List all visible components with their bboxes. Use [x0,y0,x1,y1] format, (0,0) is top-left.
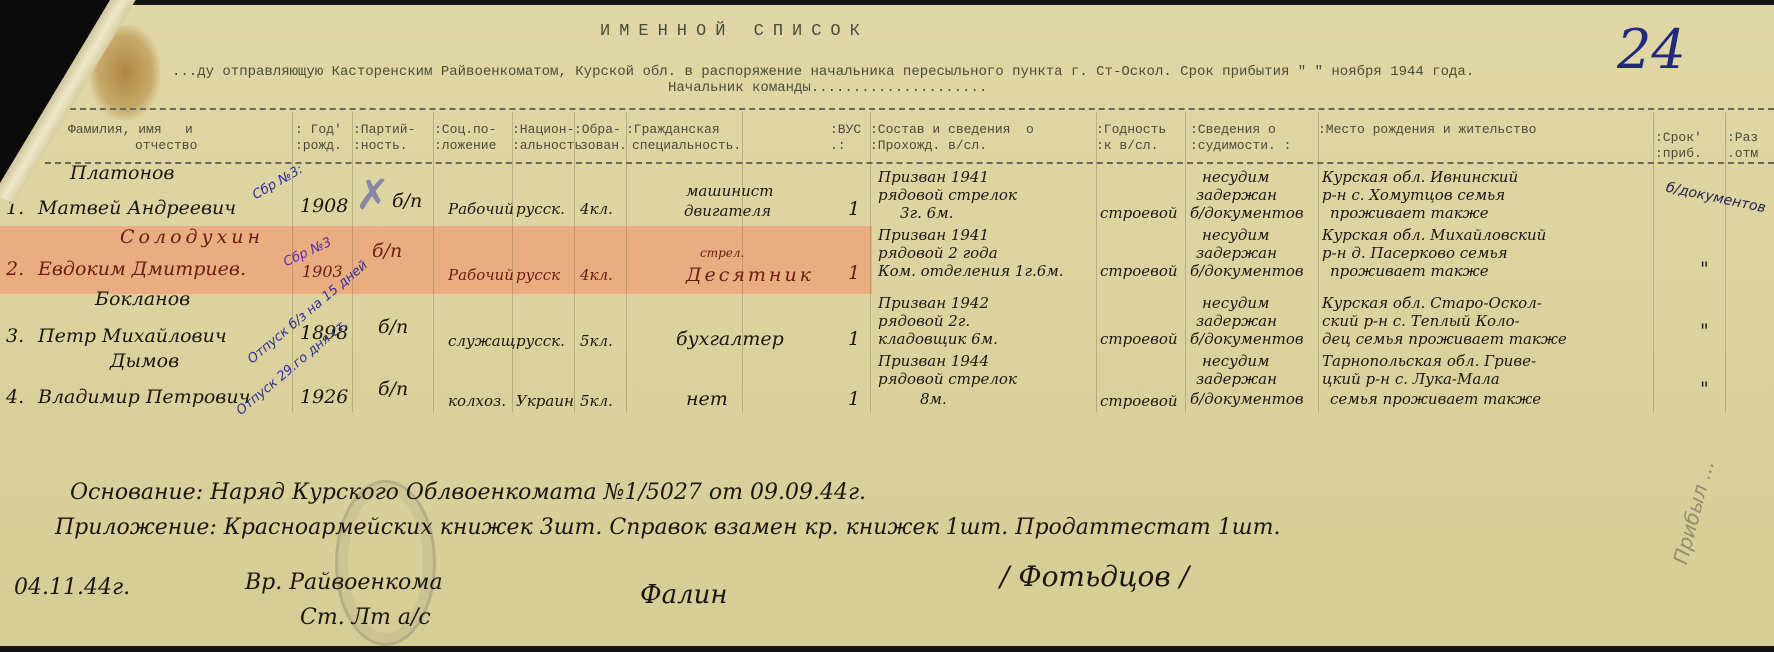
col-divider [574,112,575,412]
col-header-name-2: отчество [135,138,197,154]
col-header-service-2: :Прохожд. в/сл. [870,138,987,154]
row-service-1: Призван 1941 [878,168,989,186]
row-birthplace-3: семья проживает также [1330,390,1541,408]
row-service-1: Призван 1942 [878,294,989,312]
row-surname: Дымов [110,350,179,372]
row-nationality: русск [516,266,560,284]
col-divider [870,112,871,412]
document-page: ИМЕННОЙ СПИСОК ...ду отправляющую Кастор… [0,0,1774,652]
row-given-names: Владимир Петрович [38,386,250,408]
row-conviction-1: несудим [1202,168,1269,186]
row-conviction-2: задержан [1196,244,1277,262]
row-conviction-2: задержан [1196,186,1277,204]
col-header-civil: :Гражданская [626,122,720,138]
row-vus: 1 [848,388,860,410]
row-service-2: рядовой стрелок [878,370,1017,388]
row-term: " [1700,258,1709,280]
col-header-year: : Год' [295,122,342,138]
signature-date: 04.11.44г. [14,575,130,600]
col-header-nation: :Национ- [512,122,574,138]
pencil-note: Прибыл ... [1668,457,1719,567]
col-divider [433,112,434,412]
row-education: 5кл. [580,332,613,350]
col-header-service: :Состав и сведения о [870,122,1034,138]
col-header-vus-2: .: [830,138,846,154]
attachment-line: Приложение: Красноармейских книжек 3шт. … [55,515,1280,540]
row-conviction-2: задержан [1196,370,1277,388]
row-birthplace-1: Курская обл. Ивнинский [1322,168,1518,186]
row-specialty: стрел. [700,246,744,260]
row-conviction-3: б/документов [1190,262,1304,280]
row-service-2: рядовой 2г. [878,312,970,330]
row-education: 4кл. [580,200,613,218]
col-divider [352,112,353,412]
col-header-conviction-2: :судимости. : [1190,138,1291,154]
row-given-names: Матвей Андреевич [38,197,236,219]
row-number: 2. [6,258,24,280]
row-service-2: рядовой стрелок [878,186,1017,204]
row-annotation: Сбр №3: [250,162,306,203]
row-party: б/п [372,240,402,262]
row-specialty-2: нет [686,388,728,410]
row-service-3: 8м. [920,390,947,408]
row-specialty-2: Десятник [686,264,814,286]
col-header-birthplace: :Место рождения и жительство [1318,122,1536,138]
row-social: Рабочий [448,200,514,218]
row-nationality: Украин [516,392,574,410]
col-divider [1096,112,1097,412]
row-service-1: Призван 1941 [878,226,989,244]
row-birthplace-1: Тарнопольская обл. Гриве- [1322,352,1536,370]
page-title: ИМЕННОЙ СПИСОК [600,22,869,41]
row-conviction-3: б/документов [1190,390,1304,408]
row-number: 4. [6,386,24,408]
row-year: 1926 [300,386,348,408]
row-social: Рабочий [448,266,514,284]
row-vus: 1 [848,328,860,350]
col-header-social: :Соц.по- [434,122,496,138]
row-surname: Бокланов [95,288,190,310]
row-party: б/п [378,316,408,338]
row-fitness: строевой [1100,262,1178,280]
col-divider [742,112,743,412]
row-conviction-3: б/документов [1190,204,1304,222]
row-term: " [1700,378,1709,400]
col-divider [1318,112,1319,412]
row-service-1: Призван 1944 [878,352,989,370]
row-birthplace-3: дец семья проживает также [1322,330,1567,348]
row-conviction-2: задержан [1196,312,1277,330]
row-number: 3. [6,325,24,347]
row-service-2: рядовой 2 года [878,244,998,262]
col-header-conviction: :Сведения о [1190,122,1276,138]
row-nationality: русск. [516,332,565,350]
row-education: 5кл. [580,392,613,410]
col-divider [1725,112,1726,412]
row-birthplace-1: Курская обл. Старо-Оскол- [1322,294,1542,312]
row-given-names: Евдоким Дмитриев. [38,258,246,280]
row-surname: Солодухин [120,226,264,248]
row-given-names: Петр Михайлович [38,325,227,347]
col-header-notes-2: .отм [1727,146,1758,162]
col-header-party-2: :ность. [353,138,408,154]
row-birthplace-3: проживает также [1330,204,1489,222]
row-fitness: строевой [1100,392,1178,410]
col-divider [1653,112,1654,412]
col-header-social-2: :ложение [434,138,496,154]
row-education: 4кл. [580,266,613,284]
row-term: б/документов [1664,180,1767,217]
row-specialty-2: двигателя [684,202,771,220]
row-specialty-2: бухгалтер [676,328,784,350]
col-divider [626,112,627,412]
row-specialty: машинист [686,182,773,200]
commander-line: Начальник команды..................... [668,80,987,96]
signer-title-1: Вр. Райвоенкома [245,570,443,595]
col-header-edu: :Обра- [574,122,621,138]
col-header-vus: :ВУС [830,122,861,138]
col-header-edu-2: зован. [580,138,627,154]
col-header-term: :Срок' [1655,130,1702,146]
row-birthplace-2: ский р-н с. Теплый Коло- [1322,312,1520,330]
row-conviction-3: б/документов [1190,330,1304,348]
row-fitness: строевой [1100,204,1178,222]
row-birthplace-3: проживает также [1330,262,1489,280]
row-year: 1908 [300,195,348,217]
row-birthplace-2: р-н с. Хомутцов семья [1322,186,1505,204]
col-header-nation-2: :альность [512,138,582,154]
col-header-notes: :Раз [1727,130,1758,146]
row-vus: 1 [848,198,860,220]
col-header-year-2: :рожд. [295,138,342,154]
row-party: б/п [378,378,408,400]
col-header-party: :Партий- [353,122,415,138]
rule-top [60,108,1774,110]
row-birthplace-2: цкий р-н с. Лука-Мала [1322,370,1500,388]
row-service-3: 3г. 6м. [900,204,953,222]
page-number: 24 [1617,18,1686,81]
signature-1: Фалин [640,580,728,610]
x-mark-icon: ✗ [355,170,390,219]
col-divider [512,112,513,412]
col-header-fitness: :Годность [1096,122,1166,138]
row-service-3: Ком. отделения 1г.6м. [878,262,1064,280]
dispatch-line: ...ду отправляющую Касторенским Райвоенк… [172,64,1474,80]
row-conviction-1: несудим [1202,226,1269,244]
basis-line: Основание: Наряд Курского Облвоенкомата … [70,480,866,505]
rule-header-bottom [45,162,1774,164]
col-header-civil-2: специальность. [632,138,741,154]
col-header-term-2: :приб. [1655,146,1702,162]
row-party: б/п [392,190,422,212]
row-nationality: русск. [516,200,565,218]
row-fitness: строевой [1100,330,1178,348]
row-birthplace-1: Курская обл. Михайловский [1322,226,1546,244]
row-social: служащ. [448,332,520,350]
row-vus: 1 [848,262,860,284]
row-term: " [1700,320,1709,342]
row-social: колхоз. [448,392,506,410]
row-conviction-1: несудим [1202,294,1269,312]
row-service-3: кладовщик 6м. [878,330,998,348]
signature-2: / Фотьдцов / [1000,560,1189,593]
row-birthplace-2: р-н д. Пасерково семья [1322,244,1508,262]
row-conviction-1: несудим [1202,352,1269,370]
signer-title-2: Ст. Лт а/с [300,605,431,630]
scan-bottom-edge [0,646,1774,652]
col-header-fitness-2: :к в/сл. [1096,138,1158,154]
scan-top-edge [0,0,1774,5]
col-divider [1185,112,1186,412]
